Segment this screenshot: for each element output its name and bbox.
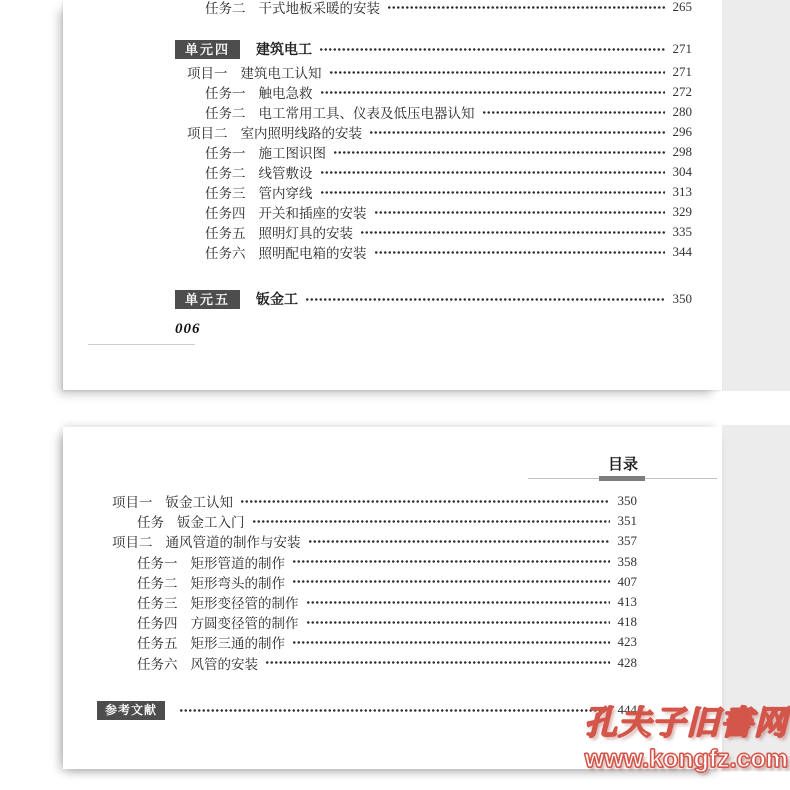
toc-row: 任务三 管内穿线 313 xyxy=(187,182,692,202)
toc-row-label: 项目二 xyxy=(112,531,153,551)
dotted-leader xyxy=(305,289,664,309)
toc-row-page-number: 335 xyxy=(673,224,693,240)
dotted-leader xyxy=(240,491,610,511)
toc-row-page-number: 313 xyxy=(673,184,693,200)
toc-row-title: 钣金工认知 xyxy=(166,491,234,511)
toc-row-title: 矩形弯头的制作 xyxy=(191,572,286,592)
references-badge: 参考文献 xyxy=(97,701,165,720)
toc-row-label: 任务五 xyxy=(137,632,178,652)
unit-heading-row: 单元五 钣金工 350 xyxy=(175,289,692,309)
toc-row: 任务四 方圆变径管的制作 418 xyxy=(112,612,637,632)
toc-row-label: 项目一 xyxy=(112,491,153,511)
toc-row-page-number: 265 xyxy=(673,0,693,15)
toc-row-label: 任务三 xyxy=(205,182,246,202)
folio-rule xyxy=(88,344,195,345)
toc-row: 项目二 通风管道的制作与安装 357 xyxy=(112,531,637,551)
toc-row-label: 项目二 xyxy=(187,122,228,142)
toc-row: 任务一 矩形管道的制作 358 xyxy=(112,552,637,572)
dotted-leader xyxy=(387,0,665,16)
kongfz-watermark-url: www.kongfz.com xyxy=(528,746,788,772)
dotted-leader xyxy=(482,102,665,122)
toc-rows-bottom: 项目一 钣金工认知 350 任务 钣金工入门 351 项目二 通风管道的制作与安… xyxy=(112,491,637,673)
toc-row-title: 通风管道的制作与安装 xyxy=(166,531,301,551)
dotted-leader xyxy=(292,632,610,652)
dotted-leader xyxy=(320,162,665,182)
toc-row-title: 建筑电工认知 xyxy=(241,62,322,82)
toc-row-title: 照明配电箱的安装 xyxy=(259,242,367,262)
toc-row-page-number: 344 xyxy=(673,244,693,260)
toc-row-page-number: 350 xyxy=(618,493,638,509)
toc-page-scan-top: 任务二 干式地板采暖的安装 265 单元四 建筑电工 271 项目一 建筑电工认… xyxy=(63,0,722,390)
toc-row-page-number: 280 xyxy=(673,104,693,120)
toc-row-page-number: 351 xyxy=(618,513,638,529)
toc-row-page-number: 428 xyxy=(618,655,638,671)
toc-row-label: 任务四 xyxy=(137,612,178,632)
kongfz-watermark-site-name: 孔夫子旧書网 xyxy=(528,700,788,746)
dotted-leader xyxy=(319,39,664,59)
toc-row-page-number: 298 xyxy=(673,144,693,160)
toc-row-page-number: 413 xyxy=(618,594,638,610)
unit-badge: 单元五 xyxy=(175,290,240,309)
toc-row-page-number: 272 xyxy=(673,84,693,100)
toc-row-label: 任务一 xyxy=(205,142,246,162)
toc-row-title: 施工图识图 xyxy=(259,142,327,162)
dotted-leader xyxy=(374,202,665,222)
toc-row: 任务四 开关和插座的安装 329 xyxy=(187,202,692,222)
dotted-leader xyxy=(292,552,610,572)
toc-row: 任务 钣金工入门 351 xyxy=(112,511,637,531)
toc-row: 项目一 钣金工认知 350 xyxy=(112,491,637,511)
dotted-leader xyxy=(306,592,610,612)
dotted-leader xyxy=(320,182,665,202)
toc-row-title: 方圆变径管的制作 xyxy=(191,612,299,632)
toc-row-label: 项目一 xyxy=(187,62,228,82)
toc-row: 项目一 建筑电工认知 271 xyxy=(187,62,692,82)
unit-title: 钣金工 xyxy=(256,289,298,309)
dotted-leader xyxy=(374,242,665,262)
toc-row-label: 任务二 xyxy=(205,102,246,122)
unit-page-number: 350 xyxy=(673,291,693,307)
toc-row-title: 开关和插座的安装 xyxy=(259,202,367,222)
toc-row-title: 矩形变径管的制作 xyxy=(191,592,299,612)
toc-row-page-number: 407 xyxy=(618,574,638,590)
unit-heading-row: 单元四 建筑电工 271 xyxy=(175,39,692,59)
kongfz-watermark: 孔夫子旧書网 www.kongfz.com xyxy=(528,700,788,772)
scanned-listing-photo: 任务二 干式地板采暖的安装 265 单元四 建筑电工 271 项目一 建筑电工认… xyxy=(0,0,790,790)
toc-row-label: 任务 xyxy=(137,511,164,531)
toc-row: 任务五 矩形三通的制作 423 xyxy=(112,632,637,652)
dotted-leader xyxy=(329,62,665,82)
dotted-leader xyxy=(306,612,610,632)
contents-header-rule-thick xyxy=(599,476,645,481)
toc-row: 任务六 照明配电箱的安装 344 xyxy=(187,242,692,262)
contents-header: 目录 xyxy=(600,453,646,474)
toc-rows-top: 项目一 建筑电工认知 271 任务一 触电急救 272 任务二 电工常用工具、仪… xyxy=(187,62,692,262)
toc-row-page-number: 296 xyxy=(673,124,693,140)
dotted-leader xyxy=(252,511,610,531)
dotted-leader xyxy=(369,122,665,142)
toc-row-title: 干式地板采暖的安装 xyxy=(259,0,381,17)
unit-badge: 单元四 xyxy=(175,40,240,59)
toc-row-page-number: 358 xyxy=(618,554,638,570)
toc-row: 项目二 室内照明线路的安装 296 xyxy=(187,122,692,142)
folio-page-number: 006 xyxy=(175,321,201,338)
unit-page-number: 271 xyxy=(673,41,693,57)
toc-row-page-number: 329 xyxy=(673,204,693,220)
toc-row-label: 任务一 xyxy=(137,552,178,572)
toc-row-label: 任务二 xyxy=(205,0,246,17)
toc-row-title: 风管的安装 xyxy=(191,653,259,673)
toc-row-label: 任务六 xyxy=(137,653,178,673)
toc-row: 任务一 施工图识图 298 xyxy=(187,142,692,162)
toc-row: 任务五 照明灯具的安装 335 xyxy=(187,222,692,242)
dotted-leader xyxy=(360,222,665,242)
toc-row-title: 矩形三通的制作 xyxy=(191,632,286,652)
toc-row-page-number: 271 xyxy=(673,64,693,80)
toc-row-page-number: 423 xyxy=(618,634,638,650)
toc-row-page-number: 418 xyxy=(618,614,638,630)
dotted-leader xyxy=(265,653,610,673)
toc-row-label: 任务五 xyxy=(205,222,246,242)
toc-row-cutoff: 任务二 干式地板采暖的安装 265 xyxy=(205,0,692,16)
toc-row-title: 线管敷设 xyxy=(259,162,313,182)
toc-row-label: 任务一 xyxy=(205,82,246,102)
toc-row: 任务二 电工常用工具、仪表及低压电器认知 280 xyxy=(187,102,692,122)
unit-title: 建筑电工 xyxy=(256,39,312,59)
toc-row-title: 室内照明线路的安装 xyxy=(241,122,363,142)
toc-row-label: 任务六 xyxy=(205,242,246,262)
photo-backdrop-top xyxy=(722,0,790,391)
toc-row-label: 任务四 xyxy=(205,202,246,222)
toc-row-title: 钣金工入门 xyxy=(177,511,245,531)
toc-row-title: 电工常用工具、仪表及低压电器认知 xyxy=(259,102,475,122)
toc-row: 任务二 矩形弯头的制作 407 xyxy=(112,572,637,592)
toc-row-label: 任务三 xyxy=(137,592,178,612)
toc-row-page-number: 357 xyxy=(618,533,638,549)
toc-row-page-number: 304 xyxy=(673,164,693,180)
dotted-leader xyxy=(308,531,610,551)
toc-row: 任务三 矩形变径管的制作 413 xyxy=(112,592,637,612)
toc-row-title: 矩形管道的制作 xyxy=(191,552,286,572)
toc-row: 任务六 风管的安装 428 xyxy=(112,653,637,673)
toc-row: 任务二 线管敷设 304 xyxy=(187,162,692,182)
dotted-leader xyxy=(292,572,610,592)
toc-row-title: 管内穿线 xyxy=(259,182,313,202)
dotted-leader xyxy=(333,142,665,162)
toc-row-label: 任务二 xyxy=(137,572,178,592)
toc-row-title: 照明灯具的安装 xyxy=(259,222,354,242)
toc-row: 任务一 触电急救 272 xyxy=(187,82,692,102)
toc-row-title: 触电急救 xyxy=(259,82,313,102)
dotted-leader xyxy=(320,82,665,102)
toc-row-label: 任务二 xyxy=(205,162,246,182)
